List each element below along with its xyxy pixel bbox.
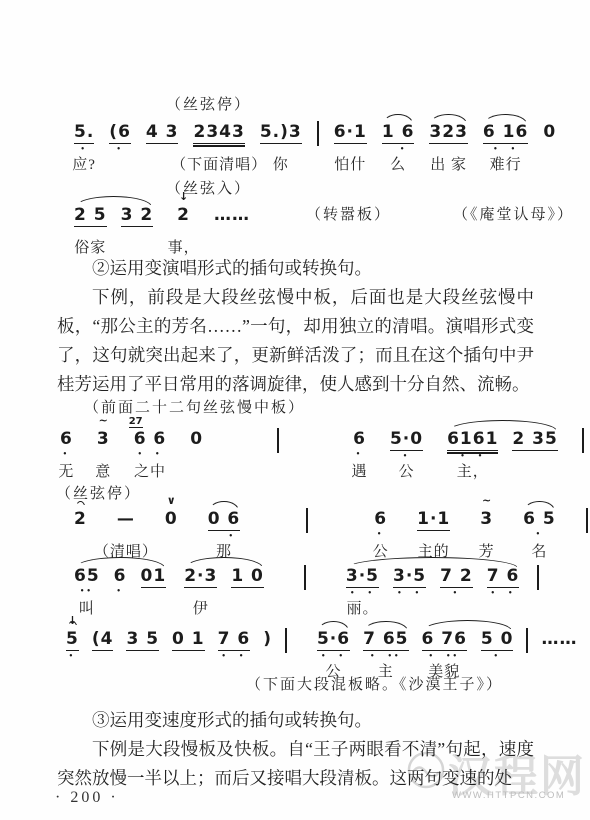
- note-text: 2: [177, 205, 190, 225]
- octave-dots: • •: [222, 654, 246, 660]
- note-token: 3 5: [126, 629, 159, 659]
- grace-notes: 27: [129, 416, 143, 428]
- note-token: 6•遇: [353, 429, 366, 459]
- paragraph-heading-3: ③运用变速度形式的插句或转换句。: [57, 706, 534, 735]
- lyric: 难行: [490, 153, 522, 174]
- note-token: 5·0•公: [390, 429, 423, 460]
- lyric: 无: [58, 460, 74, 481]
- lyric: 公: [399, 460, 415, 481]
- note-token: 5 0•: [481, 629, 514, 660]
- lyric: 应?: [72, 153, 96, 174]
- note-text: 5·0: [390, 429, 423, 451]
- note-text: 7 6: [487, 566, 520, 588]
- score-system-3: 6•无~3意6 627• •之中06•遇5·0•公6161• •主，2 35: [60, 429, 584, 460]
- octave-dots: •: [453, 591, 460, 597]
- slur-group: 65••叫6•01: [74, 566, 166, 596]
- note-text: 3·5: [393, 566, 426, 588]
- slur-group: 6161• •主，2 35: [447, 429, 558, 460]
- note-token: 0 1: [172, 629, 205, 659]
- octave-dots: ••: [80, 589, 93, 595]
- paragraph-body-3: 下例是大段慢板及快板。自“王子两眼看不清”句起，速度突然放慢一半以上；而后又接唱…: [57, 735, 534, 793]
- ornament-icon: ~: [99, 415, 108, 426]
- octave-dots: •: [494, 654, 501, 660]
- note-token: 3·5• •: [393, 566, 426, 597]
- note-text: 3·5: [346, 566, 379, 588]
- lyric: 公: [326, 660, 342, 681]
- note-token: 7 2•: [440, 566, 473, 597]
- score-system-1: 5.•应?(6•4 32343（下面清唱）5.)3你6·1怕什1 6 •么323…: [74, 122, 556, 153]
- note-text: 7 65: [363, 629, 408, 651]
- note-text: 4 3: [146, 122, 179, 144]
- note-token: 2 5俗家: [74, 205, 107, 235]
- note-token: 6 76• ••美貌: [422, 629, 467, 660]
- note-text: 2 35: [512, 429, 557, 451]
- note-text: 5: [66, 629, 79, 651]
- note-token: 6 16• •难行: [483, 122, 528, 153]
- note-token: 01: [141, 566, 167, 596]
- note-text: 2343: [193, 122, 244, 144]
- note-token: 0: [190, 429, 203, 459]
- note-token: 6 5•名: [523, 509, 556, 539]
- note-token: 1·1主的: [417, 509, 450, 539]
- lyric: （下面清唱）: [171, 153, 267, 174]
- note-token: 6 627• •之中: [134, 429, 167, 459]
- octave-dots: •: [377, 532, 384, 538]
- note-token: ∨0: [165, 509, 178, 539]
- note-token: 2 35: [512, 429, 557, 460]
- note-text: 1·1: [417, 509, 450, 531]
- note-token: 0 6 •那: [208, 509, 241, 540]
- octave-dots: •: [69, 654, 76, 660]
- barline: [582, 428, 584, 453]
- note-token: 7 65• ••主: [363, 629, 408, 660]
- inline-annotation: （《庵堂认母》）: [453, 205, 574, 225]
- ornament-icon: ↓: [179, 191, 188, 202]
- note-text: 0 1: [172, 629, 205, 651]
- book-page: 汉程网 WWW.HTTPCN.COM （丝弦停） （丝弦入） （前面二十二句丝弦…: [0, 0, 590, 820]
- barline: [586, 508, 588, 533]
- note-text: (6: [109, 122, 131, 144]
- note-token: 2: [74, 509, 87, 539]
- note-text: 0: [190, 429, 203, 449]
- note-token: ↓5•: [66, 629, 79, 660]
- note-token: 5.•应?: [74, 122, 94, 153]
- slur-group: 2·3伊1 0: [184, 566, 264, 596]
- score-annotation-preceding-section: （前面二十二句丝弦慢中板）: [84, 396, 305, 417]
- barline: [526, 628, 528, 653]
- paragraph-body-2: 下例，前段是大段丝弦慢中板，后面也是大段丝弦慢中板，“那公主的芳名……”一句，却…: [57, 283, 534, 399]
- note-text: 6 16: [483, 122, 528, 144]
- note-token: 1 0: [231, 566, 264, 596]
- slur-group: 2 5俗家3 2: [74, 205, 153, 235]
- note-token: 4 3: [146, 122, 179, 152]
- note-text: 0: [165, 509, 178, 529]
- lyric: 主: [378, 660, 394, 681]
- note-text: 0: [543, 122, 556, 142]
- octave-dots: •: [117, 589, 124, 595]
- paragraph-heading-2: ②运用变演唱形式的插句或转换句。: [57, 254, 534, 283]
- note-token: 7 6• •: [487, 566, 520, 597]
- note-token: 0: [543, 122, 556, 152]
- note-text: —: [117, 509, 135, 529]
- note-text: 5.)3: [260, 122, 302, 144]
- note-text: 65: [74, 566, 100, 586]
- note-token: （转嚣板）: [306, 205, 391, 235]
- note-text: ……: [214, 205, 250, 225]
- barline: [537, 565, 539, 590]
- note-token: 2·3伊: [184, 566, 217, 596]
- octave-dots: • •: [398, 591, 422, 597]
- note-token: ……: [214, 205, 250, 235]
- note-text: 1 6: [382, 122, 415, 144]
- note-token: 6•公: [374, 509, 387, 539]
- note-token: ↓2事，: [177, 205, 190, 235]
- note-token: ~3意: [97, 429, 110, 459]
- lyric: 怕什: [334, 153, 366, 174]
- octave-dots: •: [63, 452, 70, 458]
- note-text: 7 6: [218, 629, 251, 651]
- note-text: 6161: [447, 429, 498, 451]
- note-text: 6 6: [134, 429, 167, 449]
- note-token: (6•: [109, 122, 131, 153]
- note-text: 6: [374, 509, 387, 529]
- note-token: 5.)3你: [260, 122, 302, 152]
- note-text: 6 76: [422, 629, 467, 651]
- note-text: 1 0: [231, 566, 264, 588]
- score-system-6: ↓5•(43 50 17 6• •)5·6• •公7 65• ••主6 76• …: [66, 629, 577, 660]
- note-token: ……: [541, 629, 577, 659]
- lyric: 出 家: [430, 153, 467, 174]
- slur-group: 6 76• ••美貌5 0•: [422, 629, 514, 660]
- slur-group: 3·5• •丽。3·5• •7 2•7 6• •: [346, 566, 519, 597]
- note-token: 2343（下面清唱）: [193, 122, 244, 152]
- note-text: 6: [60, 429, 73, 449]
- note-text: 2 5: [74, 205, 107, 227]
- note-token: 6·1怕什: [334, 122, 367, 152]
- note-token: 6•: [114, 566, 127, 596]
- barline: [317, 121, 319, 146]
- note-token: 6161• •主，: [447, 429, 498, 460]
- score-system-4: 2—（清唱）∨00 6 •那6•公1·1主的~3芳6 5•名: [74, 509, 588, 540]
- lyric: 意: [95, 460, 111, 481]
- inline-annotation: （转嚣板）: [306, 205, 391, 225]
- note-token: 5·6• •公: [317, 629, 350, 660]
- octave-dots: • •: [138, 452, 162, 458]
- note-text: 5·6: [317, 629, 350, 651]
- note-text: 3 2: [121, 205, 154, 227]
- lyric: 丽。: [346, 597, 378, 618]
- barline: [304, 565, 306, 590]
- note-text: 323: [429, 122, 468, 144]
- note-token: （《庵堂认母》）: [453, 205, 574, 235]
- lyric: 芳: [479, 540, 495, 561]
- octave-dots: •: [536, 532, 543, 538]
- note-text: 2: [74, 509, 87, 529]
- note-text: 3: [480, 509, 493, 529]
- note-token: ~3芳: [480, 509, 493, 539]
- ornament-icon: ↓: [68, 615, 77, 626]
- note-text: ): [263, 629, 272, 649]
- page-number: · 200 ·: [55, 789, 119, 807]
- ornament-icon: ∨: [167, 495, 176, 506]
- note-token: 7 6• •: [218, 629, 251, 660]
- barline: [277, 428, 279, 453]
- note-text: 2·3: [184, 566, 217, 588]
- octave-dots: •: [356, 452, 363, 458]
- octave-dots: •: [117, 147, 124, 153]
- score-annotation-sixian-stop: （丝弦停）: [166, 93, 251, 114]
- note-text: 6: [114, 566, 127, 586]
- score-system-5: 65••叫6•012·3伊1 03·5• •丽。3·5• •7 2•7 6• •: [74, 566, 539, 597]
- note-text: 7 2: [440, 566, 473, 588]
- note-text: (4: [92, 629, 114, 651]
- lyric: 你: [273, 153, 289, 174]
- ornament-icon: ~: [482, 495, 491, 506]
- lyric: 名: [531, 540, 547, 561]
- note-token: 65••叫: [74, 566, 100, 596]
- note-token: (4: [92, 629, 114, 659]
- lyric: 主，: [457, 460, 489, 481]
- note-text: 0 6: [208, 509, 241, 531]
- lyric: 叫: [79, 597, 95, 618]
- lyric: 之中: [134, 460, 166, 481]
- note-text: 6·1: [334, 122, 367, 144]
- note-token: 6•无: [60, 429, 73, 459]
- score-system-2: 2 5俗家3 2↓2事，……（转嚣板）（《庵堂认母》）: [74, 205, 574, 235]
- note-token: 323出 家: [429, 122, 468, 152]
- barline: [306, 508, 308, 533]
- barline: [285, 628, 287, 653]
- lyric: 美貌: [428, 660, 460, 681]
- note-text: ……: [541, 629, 577, 649]
- score-annotation-source-piece: （下面大段混板略。《沙漠王子》）: [246, 673, 503, 694]
- note-text: 5.: [74, 122, 94, 144]
- score-annotation-sixian-stop-2: （丝弦停）: [56, 482, 141, 503]
- note-text: 5 0: [481, 629, 514, 651]
- note-text: 6 5: [523, 509, 556, 529]
- note-text: 3: [97, 429, 110, 449]
- note-token: 3 2: [121, 205, 154, 235]
- note-token: —（清唱）: [117, 509, 135, 539]
- lyric: 遇: [352, 460, 368, 481]
- note-text: 6: [353, 429, 366, 449]
- note-text: 01: [141, 566, 167, 588]
- octave-dots: • •: [491, 591, 515, 597]
- note-token: 3·5• •丽。: [346, 566, 379, 597]
- lyric: 么: [390, 153, 406, 174]
- lyric: 伊: [193, 597, 209, 618]
- note-text: 3 5: [126, 629, 159, 651]
- note-token: ): [263, 629, 272, 659]
- note-token: 1 6 •么: [382, 122, 415, 153]
